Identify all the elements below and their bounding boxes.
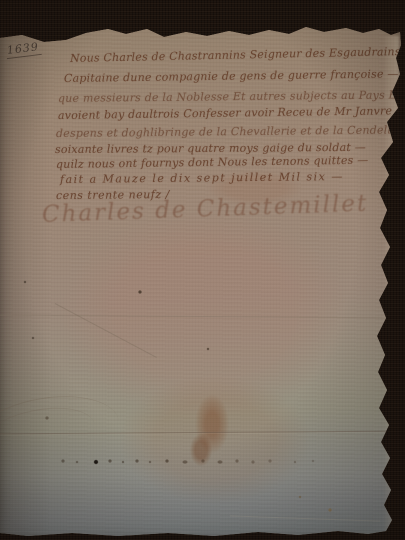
manuscript-paper: 1639 Nous Charles de Chastrannins Seigne… xyxy=(0,0,405,540)
manuscript-line: Capitaine dune compagnie de gens de guer… xyxy=(64,67,399,85)
manuscript-line: que messieurs de la Noblesse Et autres s… xyxy=(58,88,402,105)
crease-line xyxy=(230,515,380,521)
fold-spot-row xyxy=(55,456,325,466)
crease-curve xyxy=(0,386,125,482)
fold-crease xyxy=(0,431,405,435)
crease-line xyxy=(55,303,157,358)
manuscript-line: quilz nous ont fournys dont Nous les ten… xyxy=(56,154,369,171)
manuscript-line: despens et doghlibringe de la Chevalleri… xyxy=(56,123,398,140)
manuscript-line: avoient bay daultrois Confesser avoir Re… xyxy=(58,104,405,122)
archival-date: 1639 xyxy=(5,40,42,59)
crease-line xyxy=(0,315,405,319)
manuscript-line: fait a Mauze le dix sept juillet Mil six… xyxy=(60,170,344,186)
manuscript-photo: 1639 Nous Charles de Chastrannins Seigne… xyxy=(0,0,405,540)
manuscript-line: Nous Charles de Chastrannins Seigneur de… xyxy=(70,45,405,65)
